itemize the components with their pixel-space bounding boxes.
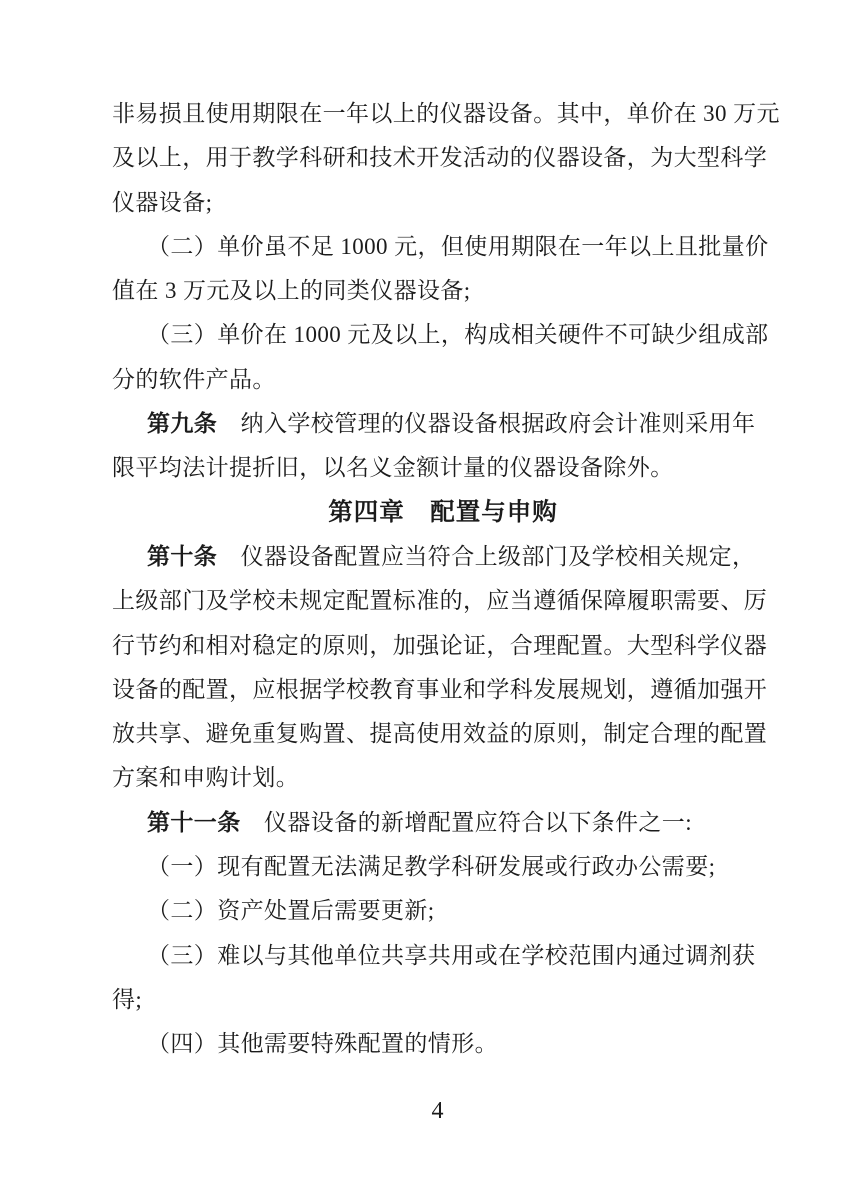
text-line: 第十一条 仪器设备的新增配置应符合以下条件之一: [112,801,774,845]
text-line: 得; [112,978,774,1022]
text-line: 设备的配置，应根据学校教育事业和学科发展规划，遵循加强开 [112,668,774,712]
text-line: （一）现有配置无法满足教学科研发展或行政办公需要; [112,845,774,889]
page-number: 4 [0,1096,849,1126]
article-number: 第十一条 [147,810,241,835]
text-line: 第九条 纳入学校管理的仪器设备根据政府会计准则采用年 [112,402,774,446]
text-line: 行节约和相对稳定的原则，加强论证，合理配置。大型科学仪器 [112,624,774,668]
text-line: （二）单价虽不足 1000 元，但使用期限在一年以上且批量价 [112,225,774,269]
text-line: 限平均法计提折旧，以名义金额计量的仪器设备除外。 [112,446,774,490]
text-line: （三）单价在 1000 元及以上，构成相关硬件不可缺少组成部 [112,313,774,357]
text-line: 非易损且使用期限在一年以上的仪器设备。其中，单价在 30 万元 [112,92,774,136]
text-line: 上级部门及学校未规定配置标准的，应当遵循保障履职需要、厉 [112,579,774,623]
article-number: 第九条 [147,411,217,436]
text-line: （二）资产处置后需要更新; [112,889,774,933]
article-number: 第十条 [147,544,217,569]
text-line: 方案和申购计划。 [112,756,774,800]
text-line: 及以上，用于教学科研和技术开发活动的仪器设备，为大型科学 [112,136,774,180]
text-line: 仪器设备; [112,181,774,225]
document-page: 非易损且使用期限在一年以上的仪器设备。其中，单价在 30 万元及以上，用于教学科… [0,0,849,1200]
text-line: 放共享、避免重复购置、提高使用效益的原则，制定合理的配置 [112,712,774,756]
text-line: 第十条 仪器设备配置应当符合上级部门及学校相关规定， [112,535,774,579]
text-line: （四）其他需要特殊配置的情形。 [112,1022,774,1066]
chapter-heading: 第四章 配置与申购 [112,491,774,535]
text-line: 值在 3 万元及以上的同类仪器设备; [112,269,774,313]
document-text-block: 非易损且使用期限在一年以上的仪器设备。其中，单价在 30 万元及以上，用于教学科… [112,92,774,1067]
text-line: 分的软件产品。 [112,358,774,402]
text-line: （三）难以与其他单位共享共用或在学校范围内通过调剂获 [112,934,774,978]
